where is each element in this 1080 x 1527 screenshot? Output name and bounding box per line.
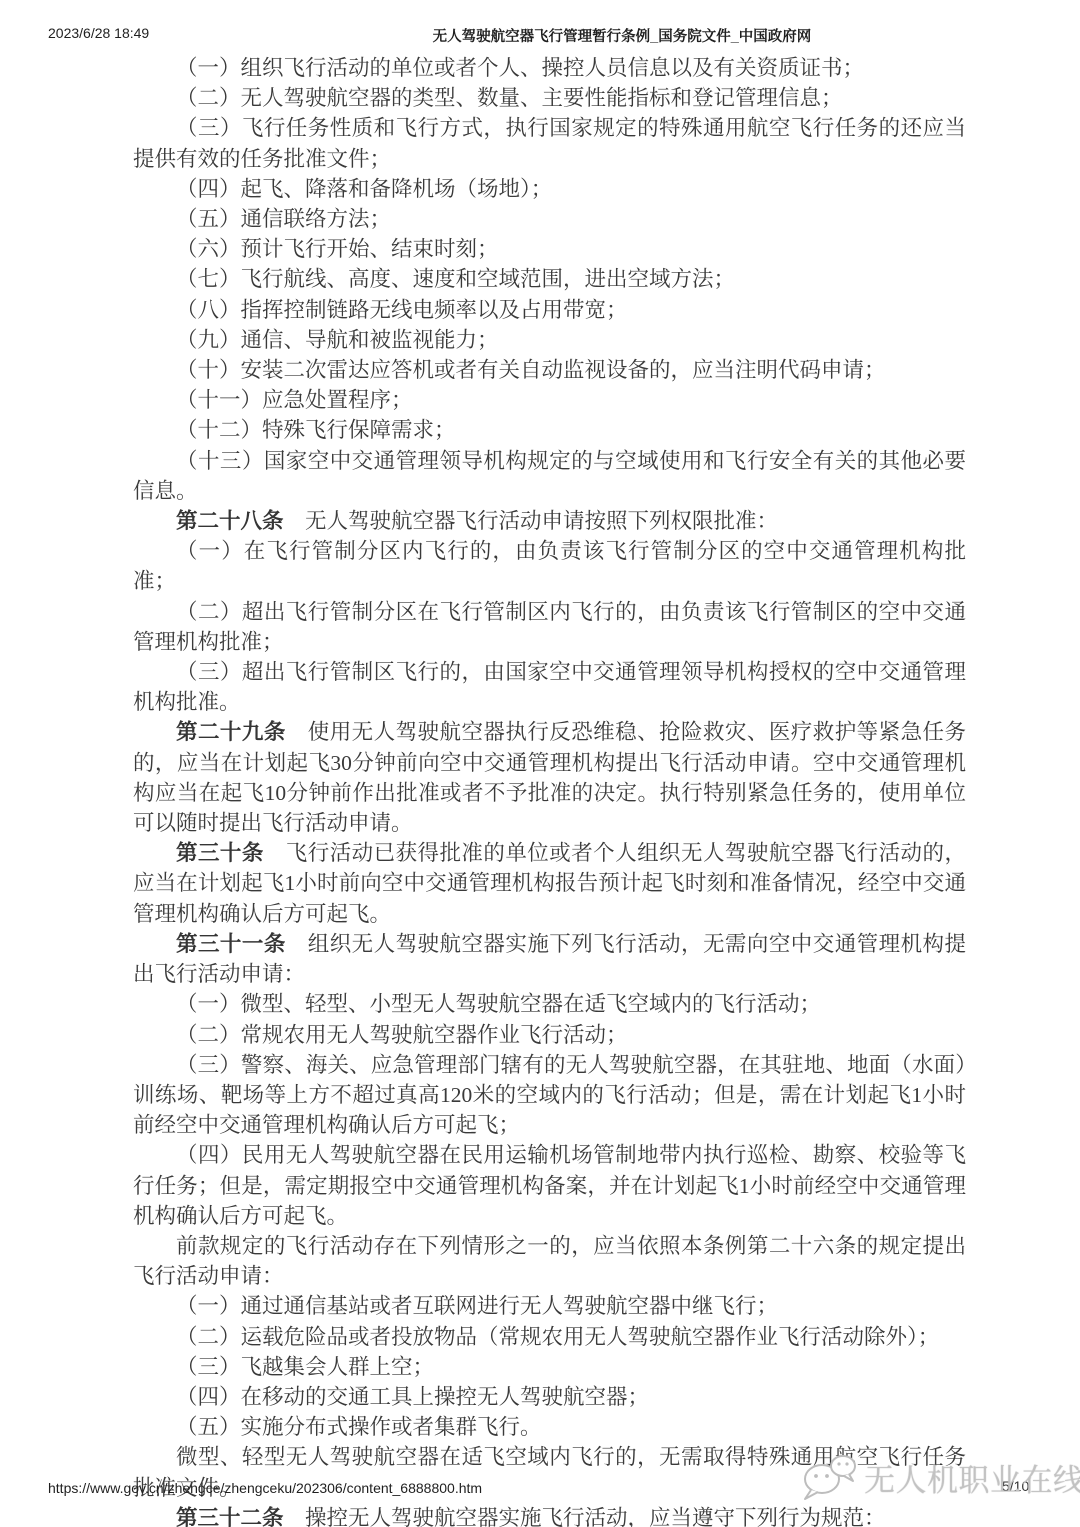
page-indicator: 5/10 bbox=[1002, 1478, 1029, 1494]
footer-url: https://www.gov.cn/zhengce/zhengceku/202… bbox=[48, 1480, 482, 1496]
paragraph: （三）飞越集会人群上空； bbox=[133, 1352, 966, 1382]
paragraph: （六）预计飞行开始、结束时刻； bbox=[133, 234, 966, 264]
paragraph: （三）警察、海关、应急管理部门辖有的无人驾驶航空器，在其驻地、地面（水面）训练场… bbox=[133, 1050, 966, 1141]
paragraph: （二）运载危险品或者投放物品（常规农用无人驾驶航空器作业飞行活动除外）； bbox=[133, 1322, 966, 1352]
article-number: 第二十八条 bbox=[176, 509, 284, 533]
paragraph: （八）指挥控制链路无线电频率以及占用带宽； bbox=[133, 295, 966, 325]
paragraph: （一）组织飞行活动的单位或者个人、操控人员信息以及有关资质证书； bbox=[133, 53, 966, 83]
paragraph: （二）超出飞行管制分区在飞行管制区内飞行的，由负责该飞行管制区的空中交通管理机构… bbox=[133, 597, 966, 657]
paragraph: （十二）特殊飞行保障需求； bbox=[133, 415, 966, 445]
paragraph: （十三）国家空中交通管理领导机构规定的与空域使用和飞行安全有关的其他必要信息。 bbox=[133, 446, 966, 506]
page-title: 无人驾驶航空器飞行管理暂行条例_国务院文件_中国政府网 bbox=[433, 25, 812, 46]
paragraph: （一）微型、轻型、小型无人驾驶航空器在适飞空域内的飞行活动； bbox=[133, 989, 966, 1019]
paragraph: 第二十八条 无人驾驶航空器飞行活动申请按照下列权限批准： bbox=[133, 506, 966, 536]
article-number: 第二十九条 bbox=[176, 720, 286, 744]
article-number: 第三十二条 bbox=[176, 1506, 284, 1527]
article-number: 第三十一条 bbox=[176, 932, 286, 956]
paragraph: （三）超出飞行管制区飞行的，由国家空中交通管理领导机构授权的空中交通管理机构批准… bbox=[133, 657, 966, 717]
paragraph: 第三十条 飞行活动已获得批准的单位或者个人组织无人驾驶航空器飞行活动的，应当在计… bbox=[133, 838, 966, 929]
paragraph: （四）在移动的交通工具上操控无人驾驶航空器； bbox=[133, 1382, 966, 1412]
paragraph: （九）通信、导航和被监视能力； bbox=[133, 325, 966, 355]
paragraph: 第三十二条 操控无人驾驶航空器实施飞行活动，应当遵守下列行为规范： bbox=[133, 1503, 966, 1527]
paragraph: 第二十九条 使用无人驾驶航空器执行反恐维稳、抢险救灾、医疗救护等紧急任务的，应当… bbox=[133, 717, 966, 838]
article-number: 第三十条 bbox=[176, 841, 264, 865]
document-page: 2023/6/28 18:49 无人驾驶航空器飞行管理暂行条例_国务院文件_中国… bbox=[0, 0, 1080, 1527]
paragraph: （十一）应急处置程序； bbox=[133, 385, 966, 415]
paragraph: （一）在飞行管制分区内飞行的，由负责该飞行管制分区的空中交通管理机构批准； bbox=[133, 536, 966, 596]
paragraph: 第三十一条 组织无人驾驶航空器实施下列飞行活动，无需向空中交通管理机构提出飞行活… bbox=[133, 929, 966, 989]
paragraph: （四）民用无人驾驶航空器在民用运输机场管制地带内执行巡检、勘察、校验等飞行任务；… bbox=[133, 1140, 966, 1231]
header-datetime: 2023/6/28 18:49 bbox=[48, 25, 149, 41]
paragraph: （五）通信联络方法； bbox=[133, 204, 966, 234]
paragraph: （十）安装二次雷达应答机或者有关自动监视设备的，应当注明代码申请； bbox=[133, 355, 966, 385]
paragraph: （五）实施分布式操作或者集群飞行。 bbox=[133, 1412, 966, 1442]
paragraph: （一）通过通信基站或者互联网进行无人驾驶航空器中继飞行； bbox=[133, 1291, 966, 1321]
document-body: （一）组织飞行活动的单位或者个人、操控人员信息以及有关资质证书；（二）无人驾驶航… bbox=[133, 53, 966, 1527]
paragraph: （七）飞行航线、高度、速度和空域范围，进出空域方法； bbox=[133, 264, 966, 294]
paragraph: （二）无人驾驶航空器的类型、数量、主要性能指标和登记管理信息； bbox=[133, 83, 966, 113]
paragraph: （四）起飞、降落和备降机场（场地）； bbox=[133, 174, 966, 204]
paragraph: 前款规定的飞行活动存在下列情形之一的，应当依照本条例第二十六条的规定提出飞行活动… bbox=[133, 1231, 966, 1291]
paragraph: （三）飞行任务性质和飞行方式，执行国家规定的特殊通用航空飞行任务的还应当提供有效… bbox=[133, 113, 966, 173]
paragraph: （二）常规农用无人驾驶航空器作业飞行活动； bbox=[133, 1020, 966, 1050]
